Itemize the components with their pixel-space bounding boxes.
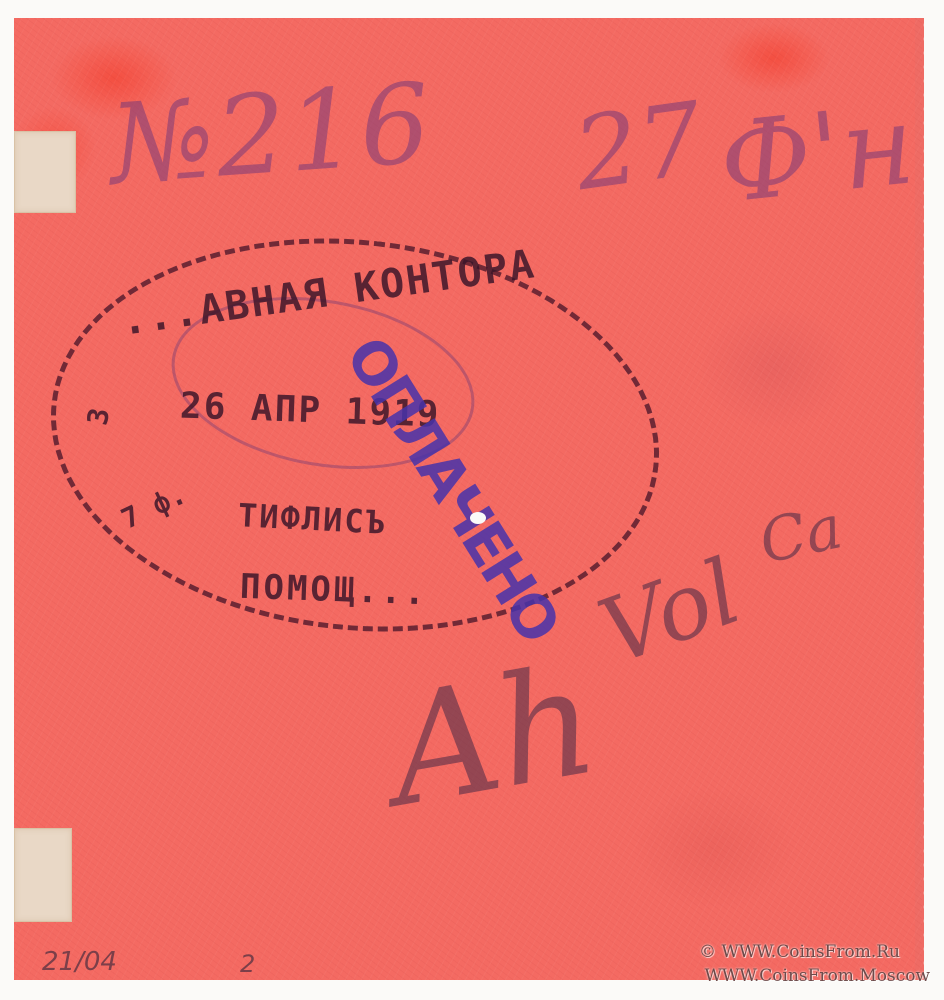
stamp-bottom-text: ПОМОЩ...: [239, 567, 428, 614]
handwritten-month: Ф'н: [714, 80, 920, 228]
pin-hole: [470, 512, 486, 524]
handwritten-number: №216: [106, 59, 436, 209]
pencil-number-note: 2: [240, 950, 255, 978]
hinge-tab-bottom: [14, 828, 72, 922]
hinge-tab-top: [14, 131, 76, 213]
pencil-serial-note: 21/04: [42, 947, 117, 977]
signature-1: Ah: [376, 634, 608, 841]
watermark-line-2: WWW.CoinsFrom.Moscow: [704, 966, 930, 986]
stamp-city: ТИФЛИСЪ: [237, 496, 388, 542]
watermark-line-1: © WWW.CoinsFrom.Ru: [699, 942, 900, 962]
handwritten-day: 27: [567, 80, 709, 214]
perforated-right-edge: [915, 18, 931, 980]
